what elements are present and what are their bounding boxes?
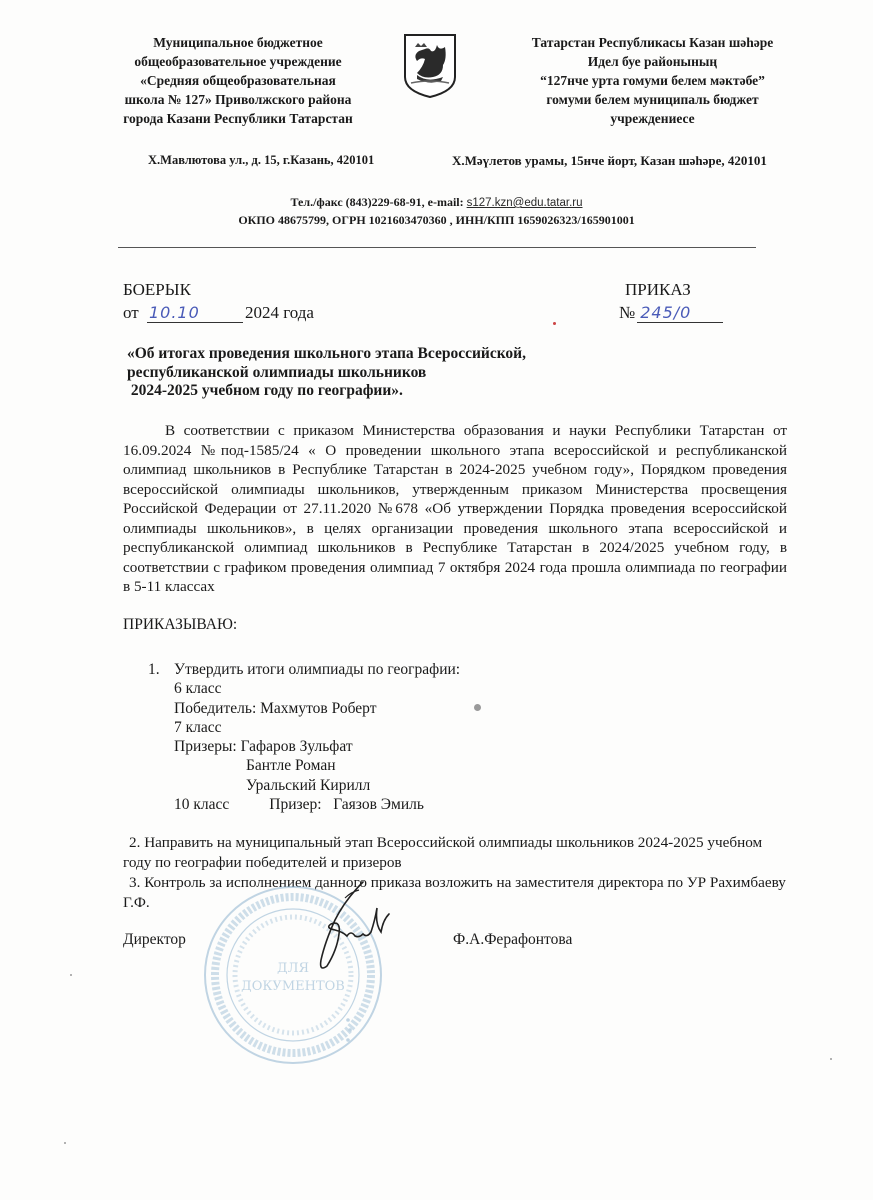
address-tatar: Х.Мәүлетов урамы, 15нче йорт, Казан шәһә… xyxy=(452,153,767,169)
phone-fax: Тел./факс (843)229-68-91, e-mail: xyxy=(290,195,466,209)
order-title: «Об итогах проведения школьного этапа Вс… xyxy=(127,345,627,401)
scan-speck xyxy=(830,1058,832,1060)
winner-row: Победитель: Махмутов Роберт xyxy=(174,699,460,718)
grade-10-row: 10 классПризер: Гаязов Эмиль xyxy=(174,795,460,814)
header-left-line: города Казани Республики Татарстан xyxy=(98,109,378,128)
number-handwritten-field: 245/0 xyxy=(637,304,723,323)
header-right-line: “127нче урта гомуми белем мәктәбе” xyxy=(510,71,795,90)
scan-speck xyxy=(64,1142,66,1144)
header-divider xyxy=(118,247,756,248)
prizewinner-name: Гафаров Зульфат xyxy=(241,738,353,755)
grade-10-label: 10 класс xyxy=(174,796,229,813)
scan-speck xyxy=(474,704,481,711)
header-right-tatar: Татарстан Республикасы Казан шәһәре Идел… xyxy=(510,33,795,128)
order-number: №245/0 xyxy=(619,303,723,323)
winner-label: Победитель: xyxy=(174,700,256,717)
header-left-line: Муниципальное бюджетное xyxy=(98,33,378,52)
email-link[interactable]: s127.kzn@edu.tatar.ru xyxy=(467,197,583,209)
scan-speck xyxy=(553,322,556,325)
header-right-line: Идел буе районының xyxy=(510,52,795,71)
header-right-line: Татарстан Республикасы Казан шәһәре xyxy=(510,33,795,52)
preamble-paragraph: В соответствии с приказом Министерства о… xyxy=(123,421,787,597)
scan-speck xyxy=(70,974,72,976)
header-right-line: гомуми белем муниципаль бюджет xyxy=(510,90,795,109)
date-suffix: 2024 года xyxy=(245,303,314,322)
header-left-line: «Средняя общеобразовательная xyxy=(98,71,378,90)
prizewinner-10-name: Гаязов Эмиль xyxy=(333,796,424,813)
header-right-line: учреждениесе xyxy=(510,109,795,128)
number-prefix: № xyxy=(619,303,635,322)
winner-name: Махмутов Роберт xyxy=(260,700,376,717)
header-left-russian: Муниципальное бюджетное общеобразователь… xyxy=(98,33,378,128)
handwritten-signature-icon xyxy=(285,880,395,990)
date-prefix: от xyxy=(123,303,139,322)
order-item-2: 2. Направить на муниципальный этап Всеро… xyxy=(123,833,791,872)
signatory-name: Ф.А.Ферафонтова xyxy=(453,931,572,949)
grade-7-label: 7 класс xyxy=(174,718,460,737)
order-title-line: республиканской олимпиады школьников xyxy=(127,364,627,383)
doc-type-tatar: БОЕРЫК xyxy=(123,280,191,300)
prizewinners-row: Призеры: Гафаров Зульфат xyxy=(174,737,460,756)
address-russian: Х.Мавлютова ул., д. 15, г.Казань, 420101 xyxy=(148,153,374,168)
order-title-line: «Об итогах проведения школьного этапа Вс… xyxy=(127,345,627,364)
registry-codes: ОКПО 48675799, ОГРН 1021603470360 , ИНН/… xyxy=(0,211,873,230)
contact-line: Тел./факс (843)229-68-91, e-mail: s127.k… xyxy=(0,193,873,213)
date-handwritten-field: 10.10 xyxy=(147,304,243,323)
coat-of-arms-icon xyxy=(403,33,457,99)
order-date: от 10.102024 года xyxy=(123,303,314,323)
header-left-line: общеобразовательное учреждение xyxy=(98,52,378,71)
doc-type-russian: ПРИКАЗ xyxy=(625,280,691,300)
item-1-heading: Утвердить итоги олимпиады по географии: xyxy=(174,660,460,679)
item-1-content: Утвердить итоги олимпиады по географии: … xyxy=(174,660,460,814)
order-title-line: 2024-2025 учебном году по географии». xyxy=(127,382,627,401)
order-directive-word: ПРИКАЗЫВАЮ: xyxy=(123,616,237,634)
grade-6-label: 6 класс xyxy=(174,679,460,698)
document-page: Муниципальное бюджетное общеобразователь… xyxy=(0,0,873,1200)
prizewinner-10-label: Призер: xyxy=(269,796,321,813)
header-left-line: школа № 127» Приволжского района xyxy=(98,90,378,109)
prizewinner-name: Уральский Кирилл xyxy=(174,776,460,795)
signatory-role: Директор xyxy=(123,931,186,949)
prizewinner-name: Бантле Роман xyxy=(174,756,460,775)
prizewinners-label: Призеры: xyxy=(174,738,237,755)
item-number: 1. xyxy=(148,660,160,679)
